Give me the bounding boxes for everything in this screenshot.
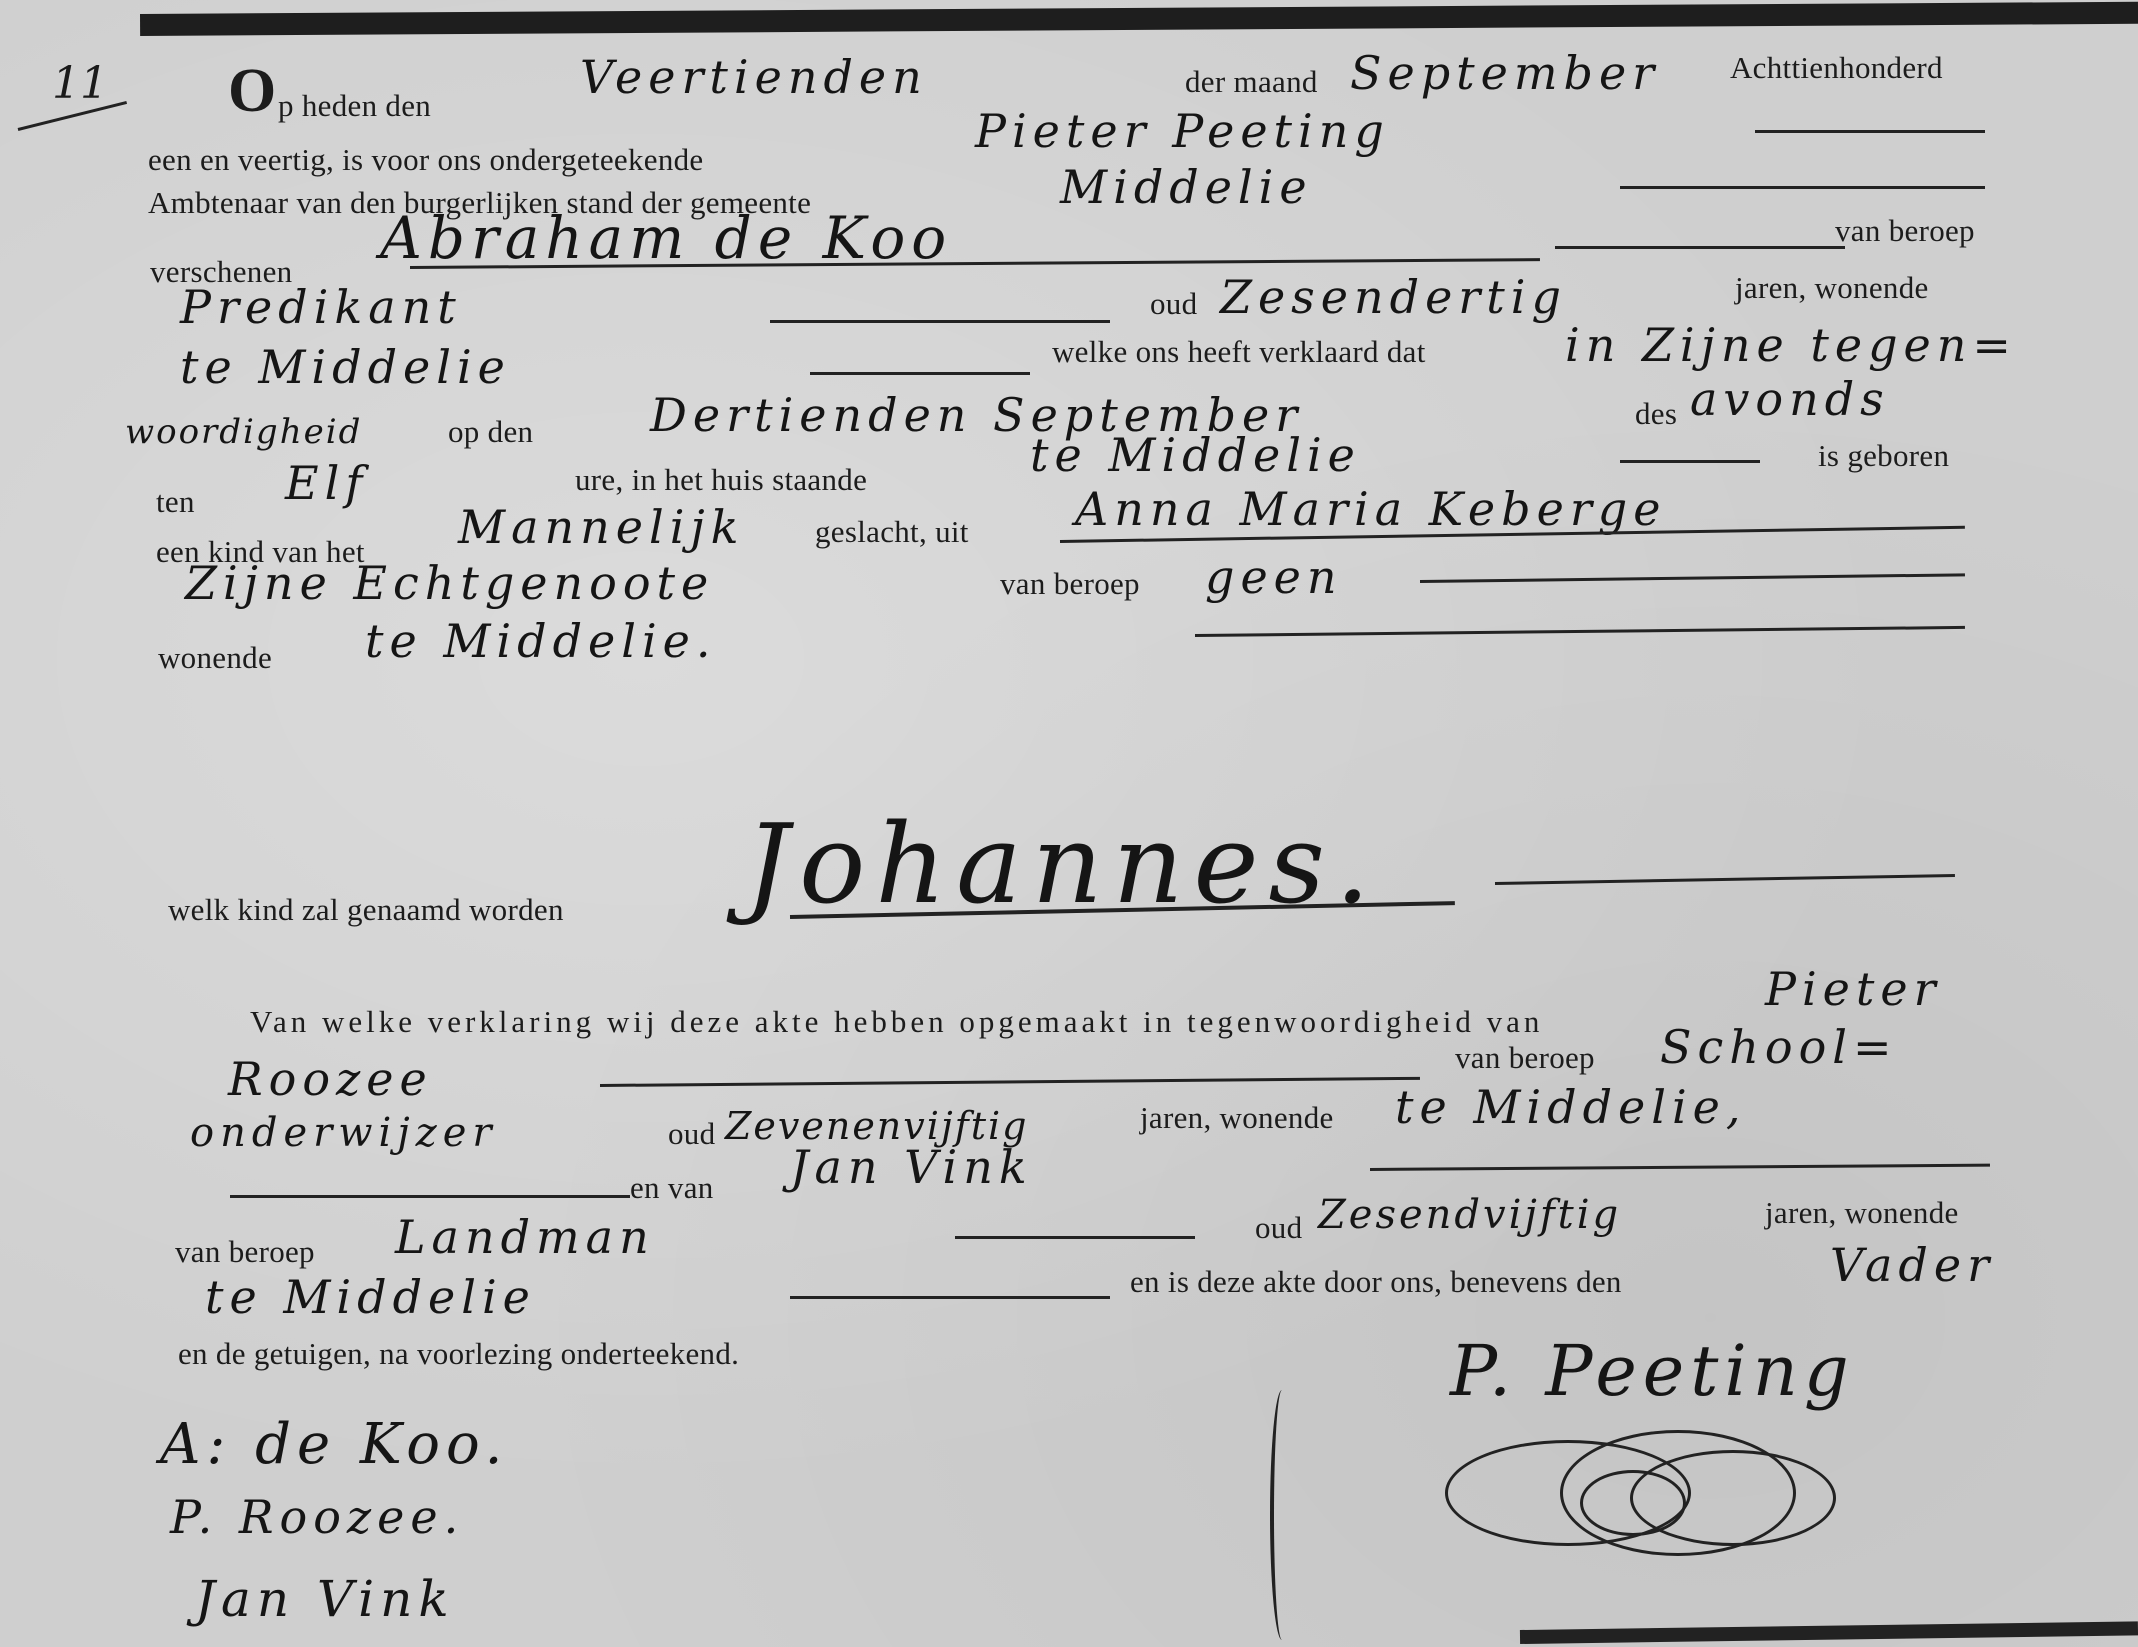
fill-line	[1755, 130, 1985, 133]
fill-line	[1620, 186, 1985, 189]
printed-oud-3: oud	[1255, 1210, 1302, 1246]
hw-official: Pieter Peeting	[975, 104, 1390, 158]
fill-line	[770, 320, 1110, 323]
hw-witness2-residence: te Middelie	[205, 1270, 536, 1324]
printed-geslacht: geslacht, uit	[815, 514, 969, 550]
hw-witness2-name: Jan Vink	[790, 1140, 1033, 1194]
hw-declarant-age: Zesendertig	[1220, 270, 1567, 324]
hw-month: September	[1350, 46, 1660, 100]
hw-witness1-residence: te Middelie,	[1395, 1080, 1747, 1134]
fill-line	[790, 1296, 1110, 1299]
printed-oud-1: oud	[1150, 286, 1197, 322]
fill-line	[1620, 460, 1760, 463]
printed-en-is-deze: en is deze akte door ons, benevens den	[1130, 1264, 1622, 1300]
printed-wonende-2: wonende	[158, 640, 272, 676]
printed-op-den: op den	[448, 414, 533, 450]
hw-mother: Anna Maria Keberge	[1075, 482, 1666, 536]
bottom-rule	[1520, 1621, 2138, 1644]
hw-witness1-occupation-2: onderwijzer	[190, 1110, 498, 1156]
printed-op-initial: O	[228, 56, 277, 127]
hw-witness1-last: Roozee	[228, 1052, 433, 1106]
printed-is-geboren: is geboren	[1818, 438, 1949, 474]
hw-witness2-occupation: Landman	[395, 1210, 655, 1264]
signature-official: P. Peeting	[1450, 1330, 1855, 1412]
signature-brace	[1270, 1390, 1294, 1640]
printed-van-beroep-2: van beroep	[1000, 566, 1140, 602]
printed-oud-2: oud	[668, 1116, 715, 1152]
top-rule	[140, 2, 2138, 36]
hw-mother-residence: te Middelie.	[365, 614, 717, 668]
printed-ure: ure, in het huis staande	[575, 462, 867, 498]
hw-hour: Elf	[285, 456, 368, 510]
fill-line	[1555, 246, 1845, 249]
fill-line	[1195, 626, 1965, 637]
fill-line	[810, 372, 1030, 375]
fill-line	[1370, 1164, 1990, 1171]
printed-der-maand: der maand	[1185, 64, 1318, 100]
fill-line	[1420, 573, 1965, 583]
printed-heden-den: p heden den	[278, 88, 431, 124]
printed-van-beroep-1: van beroep	[1835, 213, 1975, 249]
hw-day: Veertienden	[580, 50, 928, 104]
hw-declarant-residence: te Middelie	[180, 340, 511, 394]
hw-father-word: Vader	[1830, 1238, 1995, 1292]
fill-line	[230, 1195, 630, 1198]
hw-witness1-first: Pieter	[1765, 962, 1942, 1016]
hw-witness1-occupation-1: School=	[1660, 1020, 1898, 1074]
printed-en-de-getuigen: en de getuigen, na voorlezing onderteeke…	[178, 1336, 739, 1372]
signature-father: A: de Koo.	[160, 1412, 508, 1477]
printed-welke-ons: welke ons heeft verklaard dat	[1052, 334, 1426, 370]
hw-witness2-age: Zesendvijftig	[1318, 1192, 1621, 1238]
fill-line	[955, 1236, 1195, 1239]
signature-witness2: Jan Vink	[195, 1570, 455, 1628]
hw-declarant-occupation: Predikant	[180, 280, 462, 334]
hw-sex: Mannelijk	[458, 500, 745, 554]
printed-van-beroep-4: van beroep	[175, 1234, 315, 1270]
hw-mother-occupation: geen	[1205, 550, 1343, 604]
printed-jaren-wonende-3: jaren, wonende	[1765, 1195, 1959, 1231]
hw-municipality: Middelie	[1060, 160, 1313, 214]
printed-des: des	[1635, 396, 1677, 432]
printed-jaren-wonende-2: jaren, wonende	[1140, 1100, 1334, 1136]
hw-time-of-day: avonds	[1690, 372, 1890, 426]
fill-line	[600, 1077, 1420, 1087]
hw-birth-place: te Middelie	[1030, 428, 1361, 482]
hw-declarant: Abraham de Koo	[380, 204, 952, 272]
printed-van-welke: Van welke verklaring wij deze akte hebbe…	[250, 1004, 1543, 1040]
signature-witness1: P. Roozee.	[170, 1490, 464, 1544]
printed-achttienhonderd: Achttienhonderd	[1730, 50, 1943, 86]
hw-presence-1: in Zijne tegen=	[1565, 318, 2017, 372]
printed-en-van: en van	[630, 1170, 714, 1206]
hw-mother-relation: Zijne Echtgenoote	[185, 556, 714, 610]
printed-line2: een en veertig, is voor ons ondergeteeke…	[148, 142, 704, 178]
printed-welk-kind: welk kind zal genaamd worden	[168, 892, 564, 928]
entry-number: 11	[52, 58, 108, 109]
fill-line	[1495, 874, 1955, 885]
printed-van-beroep-3: van beroep	[1455, 1040, 1595, 1076]
hw-presence-2: woordigheid	[125, 412, 362, 452]
printed-ten: ten	[156, 484, 195, 520]
printed-jaren-wonende-1: jaren, wonende	[1735, 270, 1929, 306]
